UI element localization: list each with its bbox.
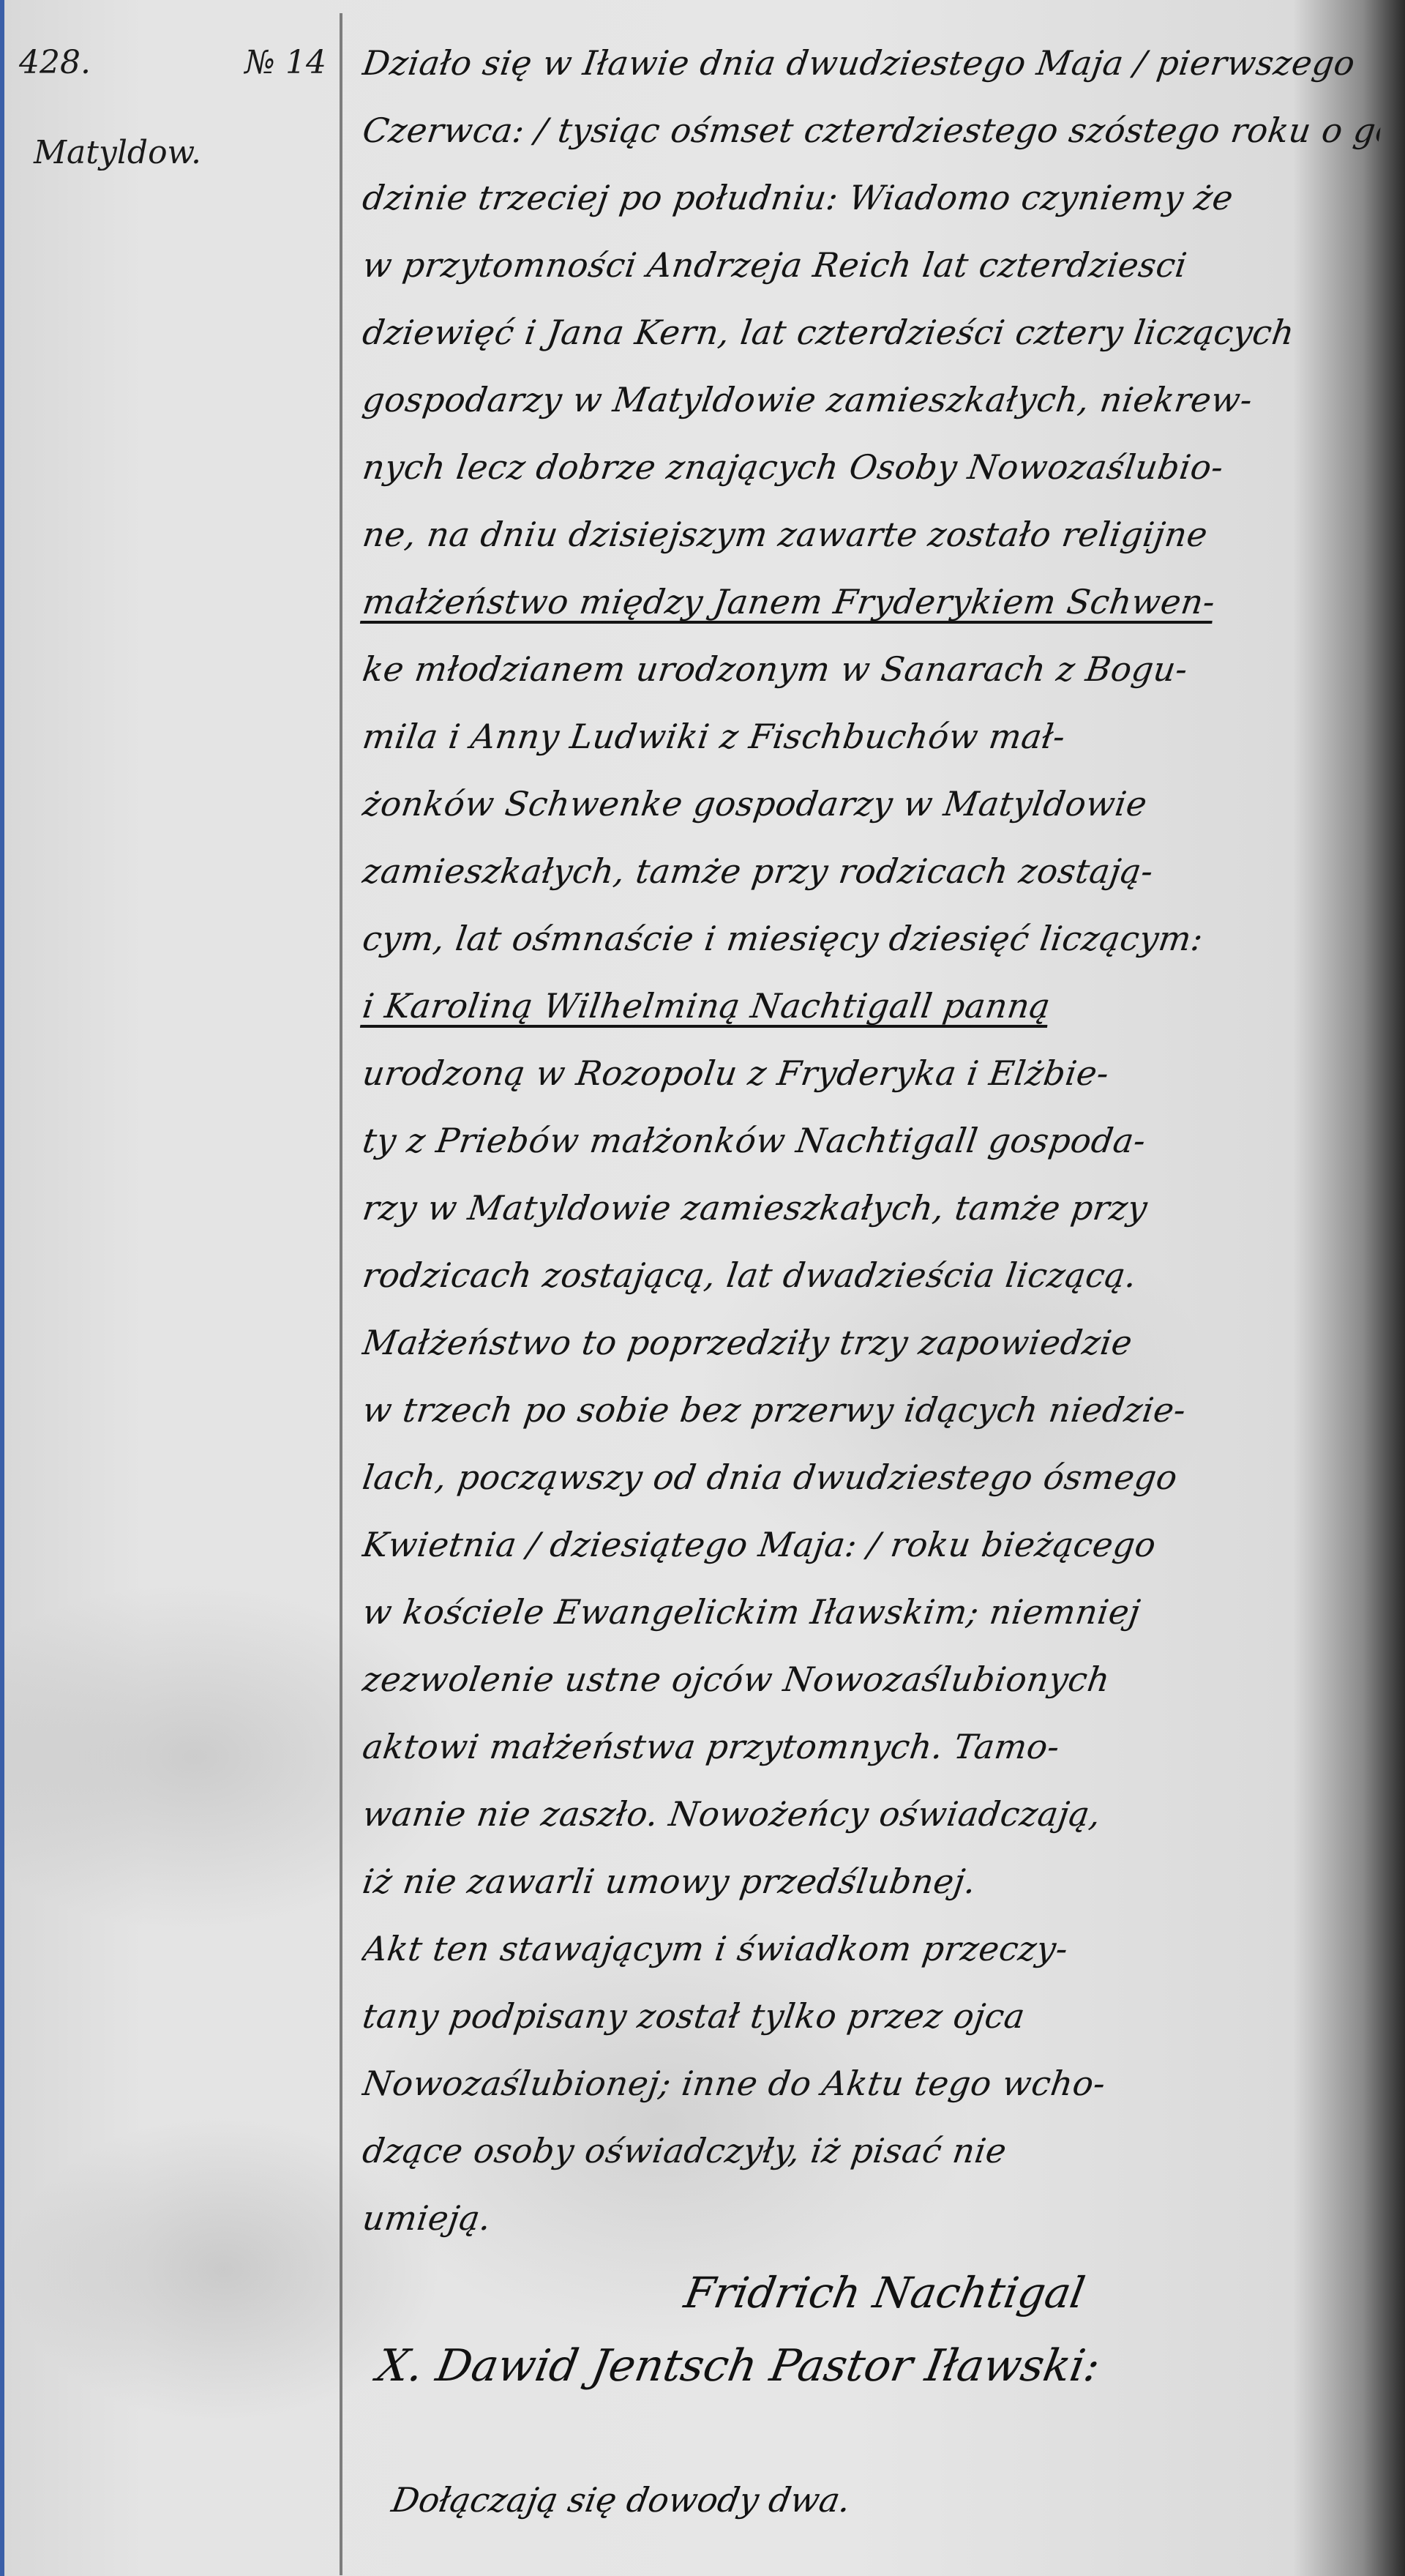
- text-line: rodzicach zostającą, lat dwadzieścia lic…: [359, 1242, 1385, 1309]
- text-line: ne, na dniu dzisiejszym zawarte zostało …: [359, 501, 1385, 568]
- text-line: ty z Priebów małżonków Nachtigall gospod…: [359, 1107, 1385, 1174]
- text-line-bride: i Karoliną Wilhelminą Nachtigall panną: [359, 972, 1385, 1039]
- text-line: żonków Schwenke gospodarzy w Matyldowie: [359, 770, 1385, 837]
- text-line: Kwietnia / dziesiątego Maja: / roku bież…: [359, 1511, 1385, 1578]
- groom-name-underlined: małżeństwo między Janem Fryderykiem Schw…: [360, 582, 1218, 621]
- attachments-note: Dołączają się dowody dwa.: [389, 2480, 1384, 2520]
- text-line: w trzech po sobie bez przerwy idących ni…: [359, 1376, 1385, 1444]
- text-line: dzące osoby oświadczyły, iż pisać nie: [359, 2117, 1385, 2184]
- margin-header: 428. № 14: [19, 44, 326, 83]
- margin-rule: [340, 13, 342, 2575]
- text-line: Akt ten stawającym i świadkom przeczy-: [359, 1915, 1385, 1982]
- text-line: Nowozaślubionej; inne do Aktu tego wcho-: [359, 2050, 1385, 2117]
- text-line: Działo się w Iławie dnia dwudziestego Ma…: [359, 29, 1385, 97]
- text-line: Czerwca: / tysiąc ośmset czterdziestego …: [359, 97, 1385, 164]
- text-line: iż nie zawarli umowy przedślubnej.: [359, 1848, 1385, 1915]
- text-line: nych lecz dobrze znających Osoby Nowozaś…: [359, 433, 1385, 501]
- text-line: dziewięć i Jana Kern, lat czterdzieści c…: [359, 299, 1385, 366]
- father-signature: Fridrich Nachtigal: [681, 2268, 1385, 2319]
- text-line: ke młodzianem urodzonym w Sanarach z Bog…: [359, 635, 1385, 703]
- text-line: w kościele Ewangelickim Iławskim; niemni…: [359, 1578, 1385, 1646]
- text-line: umieją.: [359, 2184, 1385, 2252]
- margin-column: 428. № 14 Matyldow.: [19, 44, 326, 171]
- pastor-signature: X. Dawid Jentsch Pastor Iławski:: [373, 2340, 1385, 2392]
- text-line: mila i Anny Ludwiki z Fischbuchów mał-: [359, 703, 1385, 770]
- text-line: gospodarzy w Matyldowie zamieszkałych, n…: [359, 366, 1385, 433]
- text-line: lach, począwszy od dnia dwudziestego ósm…: [359, 1444, 1385, 1511]
- margin-place: Matyldow.: [34, 134, 326, 171]
- text-line: dzinie trzeciej po południu: Wiadomo czy…: [359, 164, 1385, 231]
- text-line: wanie nie zaszło. Nowożeńcy oświadczają,: [359, 1780, 1385, 1848]
- text-line: rzy w Matyldowie zamieszkałych, tamże pr…: [359, 1174, 1385, 1242]
- text-line: w przytomności Andrzeja Reich lat czterd…: [359, 231, 1385, 299]
- text-line: aktowi małżeństwa przytomnych. Tamo-: [359, 1713, 1385, 1780]
- text-line-groom: małżeństwo między Janem Fryderykiem Schw…: [359, 568, 1385, 635]
- text-line: zezwolenie ustne ojców Nowozaślubionych: [359, 1646, 1385, 1713]
- text-line: tany podpisany został tylko przez ojca: [359, 1982, 1385, 2050]
- document-page: 428. № 14 Matyldow. Działo się w Iławie …: [0, 0, 1405, 2576]
- record-number: 428.: [19, 44, 91, 83]
- act-number: № 14: [244, 44, 326, 83]
- text-line: cym, lat ośmnaście i miesięcy dziesięć l…: [359, 905, 1385, 972]
- bride-name-underlined: i Karoliną Wilhelminą Nachtigall panną: [360, 986, 1053, 1026]
- record-body: Działo się w Iławie dnia dwudziestego Ma…: [363, 29, 1380, 2520]
- text-line: zamieszkałych, tamże przy rodzicach zost…: [359, 837, 1385, 905]
- text-line: urodzoną w Rozopolu z Fryderyka i Elżbie…: [359, 1039, 1385, 1107]
- text-line: Małżeństwo to poprzedziły trzy zapowiedz…: [359, 1309, 1385, 1376]
